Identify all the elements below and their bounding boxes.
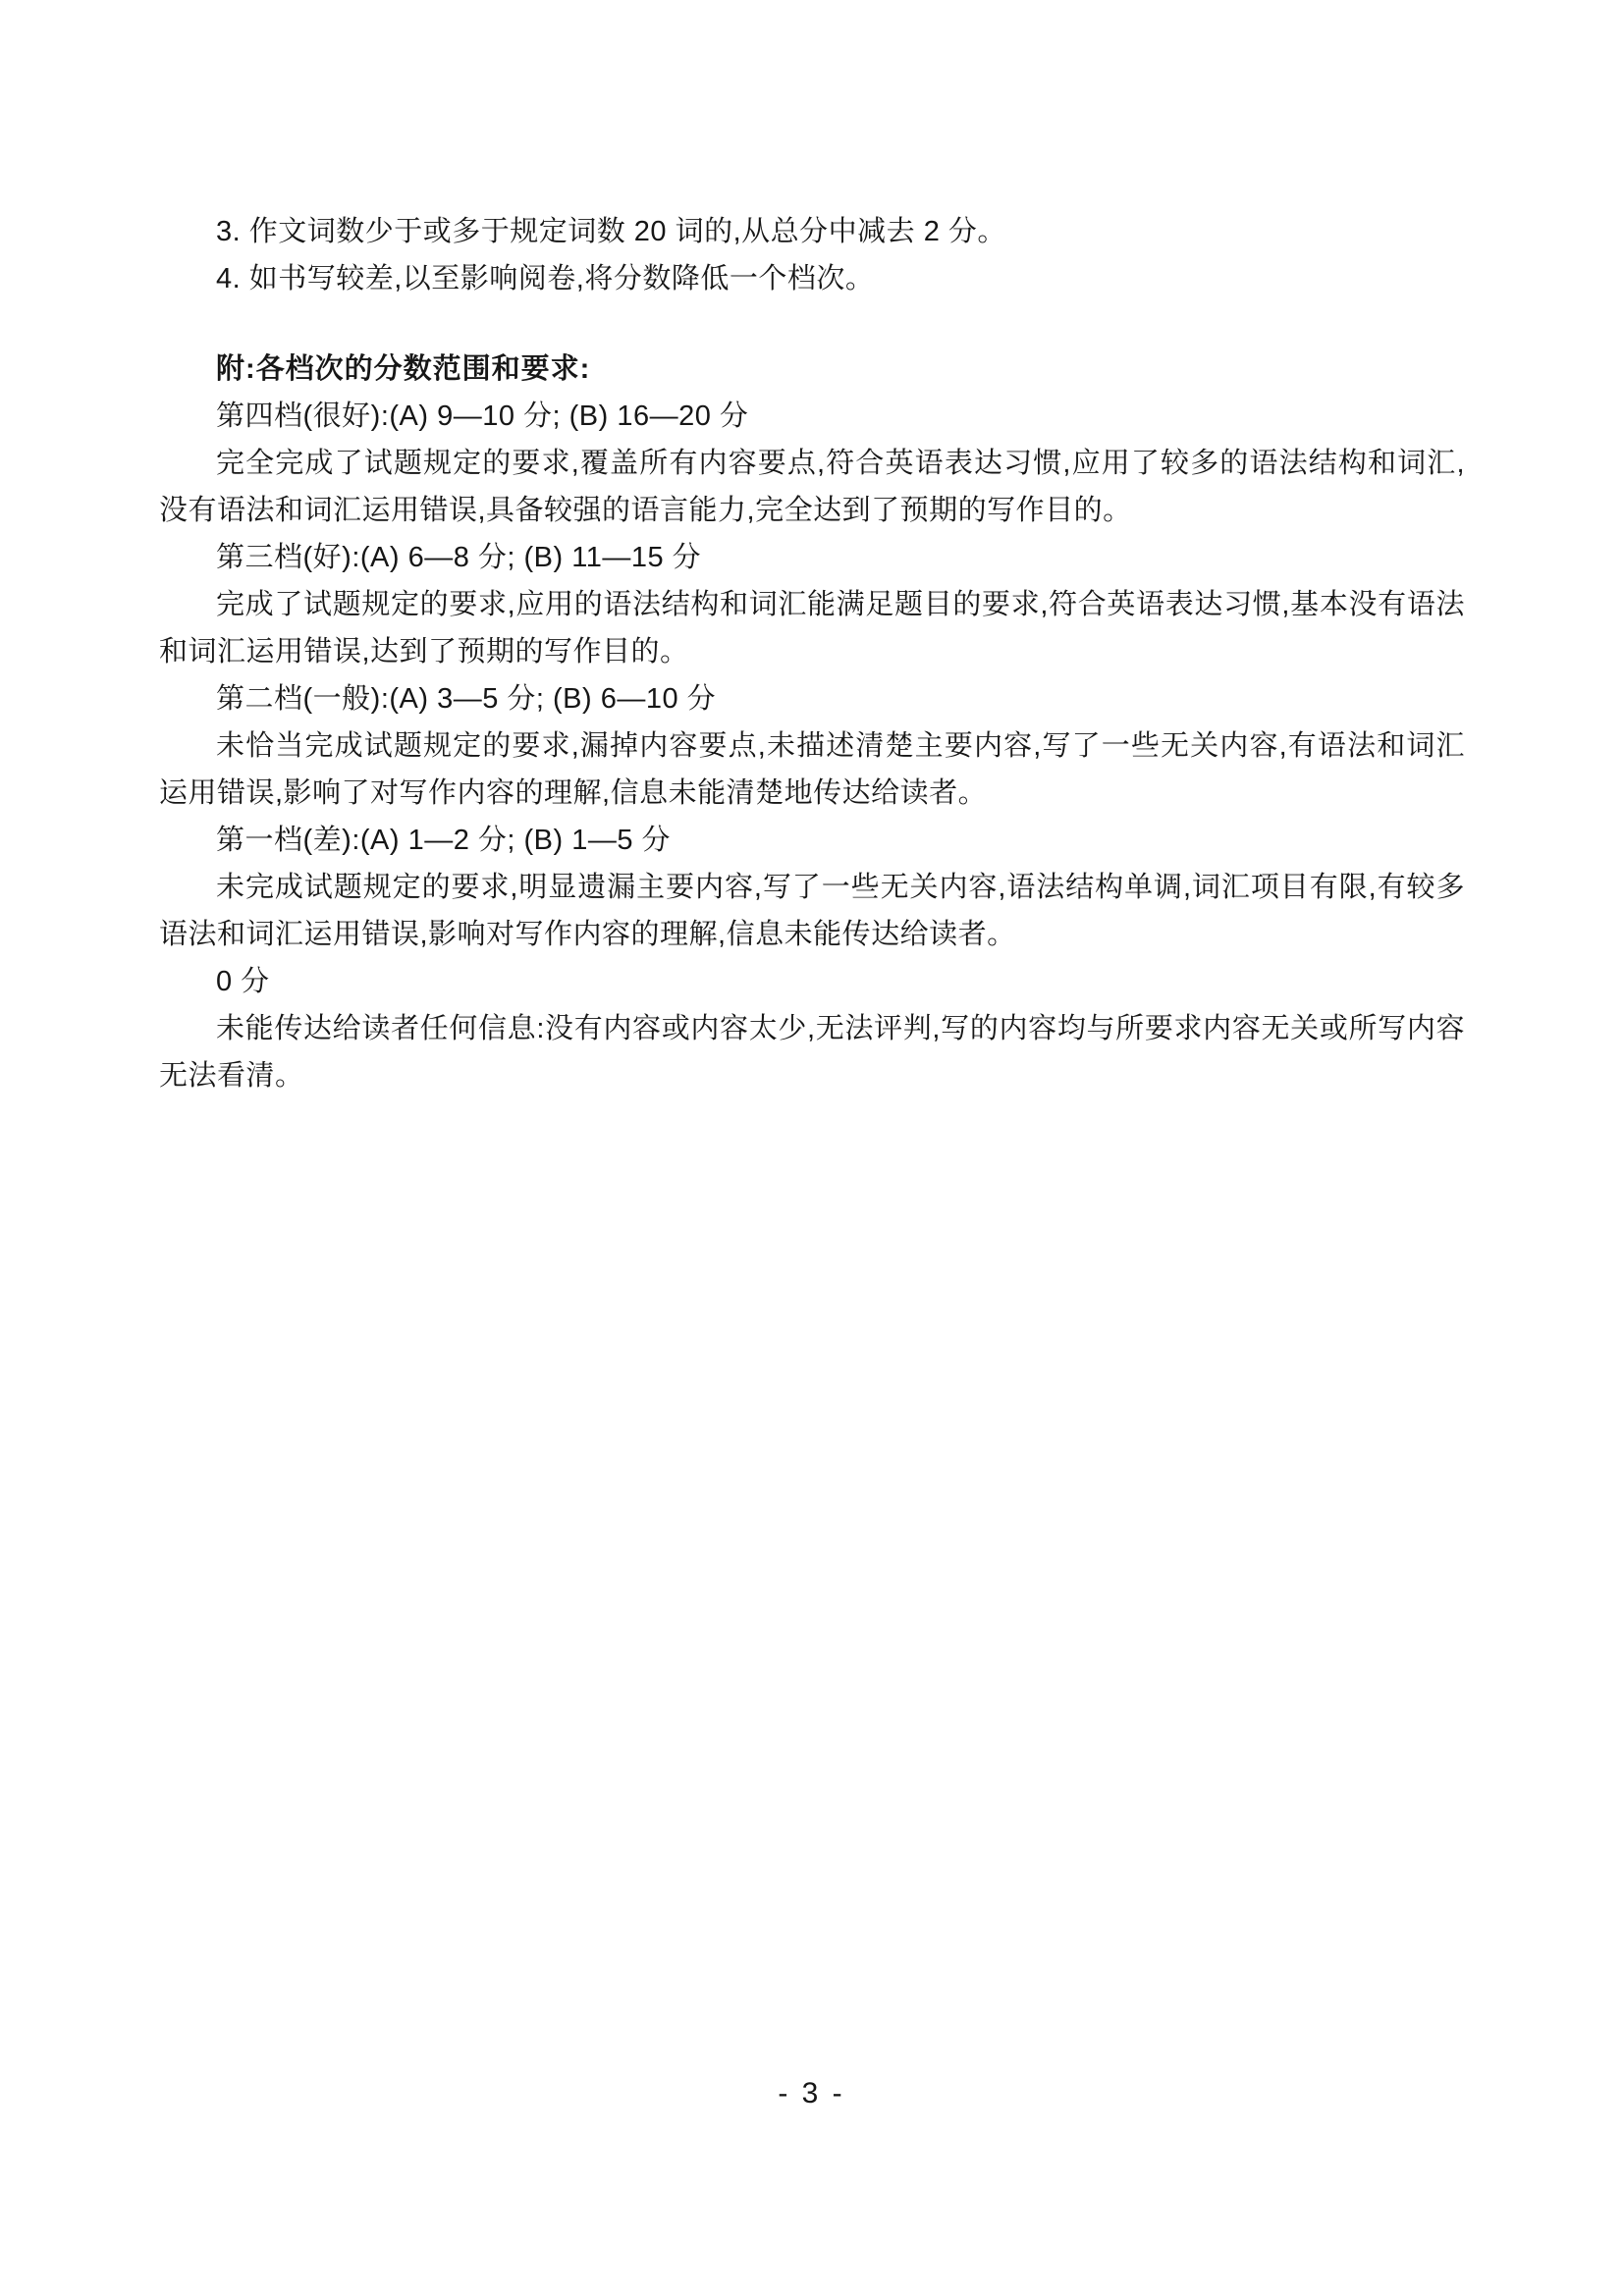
band4-score-range: 第四档(很好):(A) 9—10 分; (B) 16—20 分 [159,393,1465,440]
page-number: - 3 - [778,2077,844,2109]
band2-score-range: 第二档(一般):(A) 3—5 分; (B) 6—10 分 [159,675,1465,722]
document-page: 3. 作文词数少于或多于规定词数 20 词的,从总分中减去 2 分。 4. 如书… [0,0,1623,2296]
rule-item-4: 4. 如书写较差,以至影响阅卷,将分数降低一个档次。 [159,255,1465,302]
page-footer: - 3 - [0,2077,1623,2110]
band3-description: 完成了试题规定的要求,应用的语法结构和词汇能满足题目的要求,符合英语表达习惯,基… [159,581,1465,675]
band1-score-range: 第一档(差):(A) 1—2 分; (B) 1—5 分 [159,817,1465,864]
rubric-text-block: 3. 作文词数少于或多于规定词数 20 词的,从总分中减去 2 分。 4. 如书… [159,208,1465,1099]
zero-score-label: 0 分 [159,958,1465,1005]
band2-description: 未恰当完成试题规定的要求,漏掉内容要点,未描述清楚主要内容,写了一些无关内容,有… [159,722,1465,817]
band3-score-range: 第三档(好):(A) 6—8 分; (B) 11—15 分 [159,534,1465,581]
band4-description: 完全完成了试题规定的要求,覆盖所有内容要点,符合英语表达习惯,应用了较多的语法结… [159,440,1465,534]
rule-item-3: 3. 作文词数少于或多于规定词数 20 词的,从总分中减去 2 分。 [159,208,1465,255]
appendix-heading: 附:各档次的分数范围和要求: [159,346,1465,393]
band1-description: 未完成试题规定的要求,明显遗漏主要内容,写了一些无关内容,语法结构单调,词汇项目… [159,864,1465,958]
zero-score-description: 未能传达给读者任何信息:没有内容或内容太少,无法评判,写的内容均与所要求内容无关… [159,1005,1465,1099]
